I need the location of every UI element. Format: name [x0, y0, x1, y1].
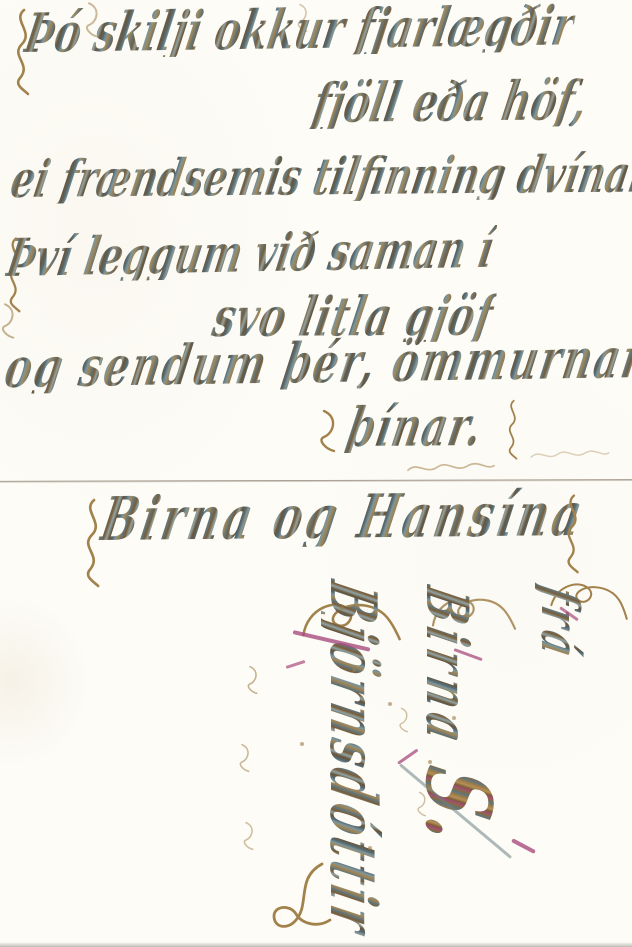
ink-dot [368, 846, 372, 850]
ink-accent [511, 838, 536, 854]
flourish-icon [238, 742, 254, 774]
ink-dot [300, 742, 304, 746]
ink-dot [428, 760, 432, 764]
poem-line-6: og sendum þér, ömmurnar [1, 332, 632, 394]
signature-first-name-text: Birna [413, 581, 481, 754]
poem-line-2: fjöll eða höf, [309, 75, 591, 129]
poem-line-3: ei frændsemis tilfinning dvínar. [7, 150, 632, 204]
flourish-icon [398, 706, 412, 734]
poem-line-1: Þó skilji okkur fjarlægðir [21, 0, 578, 59]
ink-accent [286, 660, 306, 669]
flourish-icon [246, 664, 262, 696]
flourish-icon [520, 446, 620, 464]
scan-bottom-edge [0, 942, 632, 947]
flourish-icon [318, 406, 342, 456]
ink-dot [388, 702, 392, 706]
poem-line-7: þínar. [343, 401, 487, 453]
flourish-icon [266, 858, 336, 938]
flourish-icon [558, 492, 588, 574]
signature-from: frá [535, 582, 584, 665]
ink-dot [452, 716, 456, 720]
flourish-icon [242, 820, 258, 852]
poem-line-4: Því leggum við saman í [3, 225, 497, 284]
ink-dot [352, 668, 356, 672]
flourish-icon [416, 790, 430, 818]
flourish-icon [386, 458, 516, 478]
signature-names-line: Birna og Hansína [97, 487, 590, 549]
ink-dot [340, 606, 344, 610]
scanned-card: Þó skilji okkur fjarlægðir fjöll eða höf… [0, 0, 632, 947]
